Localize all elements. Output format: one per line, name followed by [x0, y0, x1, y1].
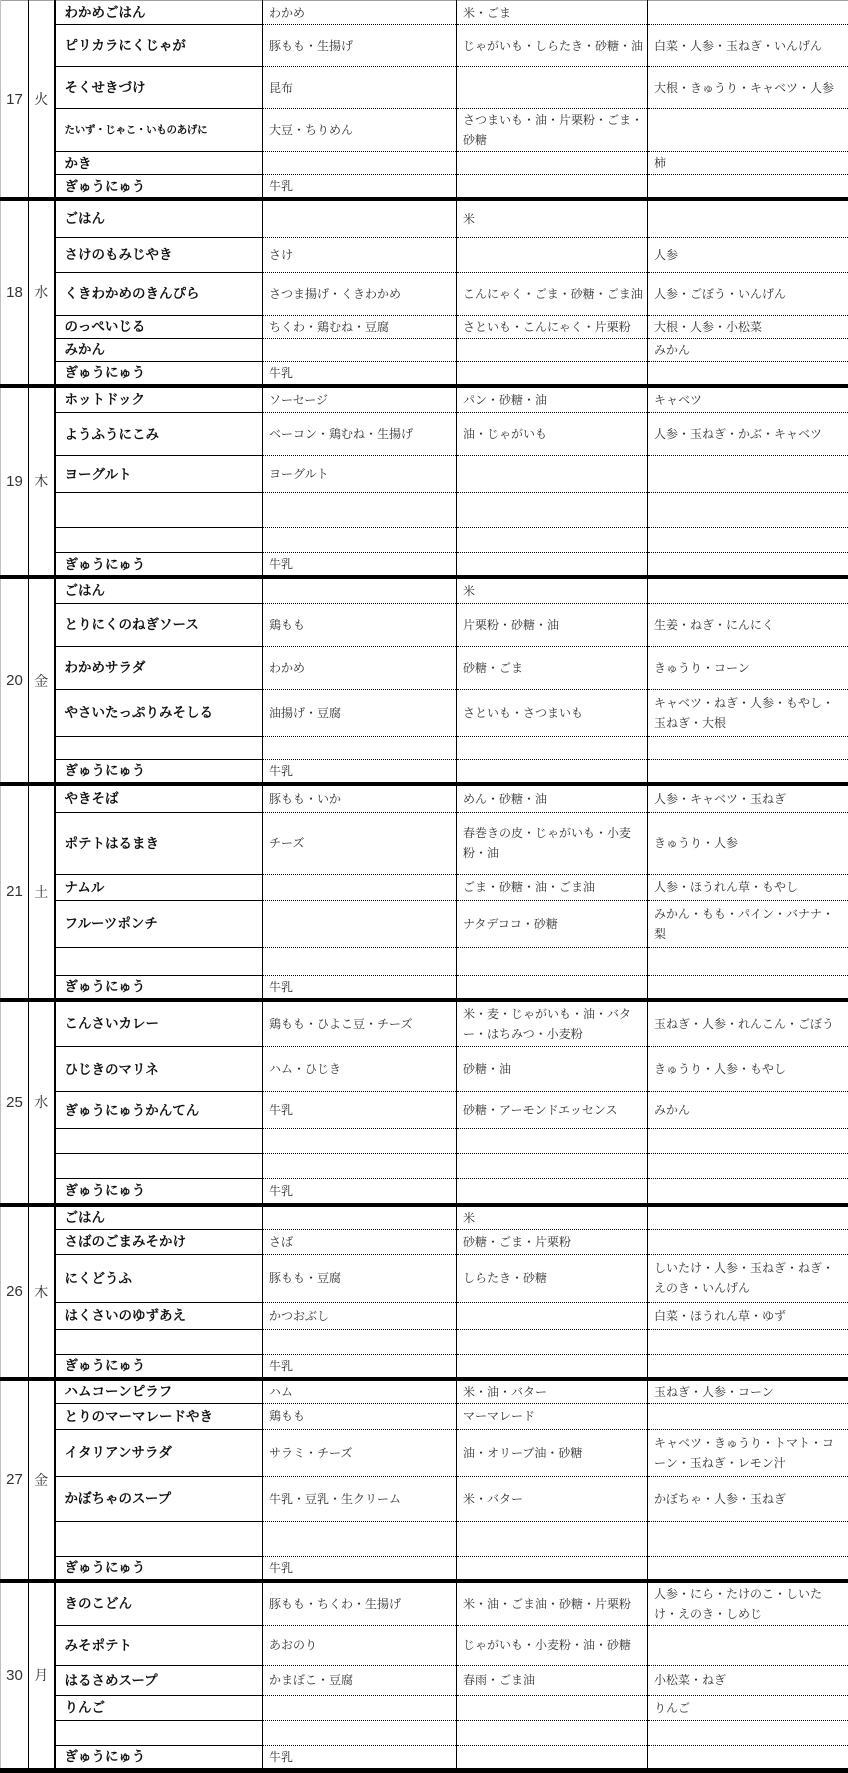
menu-row: くきわかめのきんぴらさつま揚げ・くきわかめこんにゃく・ごま・砂糖・ごま油人参・ご…	[1, 272, 848, 315]
date-cell: 26	[1, 1205, 29, 1379]
vegetable-cell	[648, 1745, 848, 1770]
menu-cell: ぎゅうにゅう	[55, 975, 263, 1000]
vegetable-cell: 小松菜・ねぎ	[648, 1665, 848, 1695]
menu-cell	[55, 1129, 263, 1154]
carb-cell: こんにゃく・ごま・砂糖・ごま油	[457, 272, 648, 315]
date-cell: 18	[1, 199, 29, 386]
vegetable-cell	[648, 1354, 848, 1379]
menu-cell	[55, 1720, 263, 1745]
carb-cell	[457, 152, 648, 175]
protein-cell: 昆布	[263, 67, 457, 109]
menu-cell: とりにくのねぎソース	[55, 603, 263, 646]
carb-cell: 米・ごま	[457, 1, 648, 25]
protein-cell	[263, 1521, 457, 1556]
date-cell: 25	[1, 1000, 29, 1205]
vegetable-cell: 白菜・ほうれん草・ゆず	[648, 1302, 848, 1329]
vegetable-cell	[648, 175, 848, 200]
carb-cell	[457, 528, 648, 553]
protein-cell	[263, 338, 457, 361]
menu-row	[1, 1521, 848, 1556]
carb-cell	[457, 237, 648, 272]
carb-cell: ナタデココ・砂糖	[457, 900, 648, 947]
protein-cell: わかめ	[263, 646, 457, 689]
protein-cell: 豚もも・いか	[263, 784, 457, 812]
menu-cell: はるさめスープ	[55, 1665, 263, 1695]
menu-cell: さばのごまみそかけ	[55, 1229, 263, 1254]
protein-cell: 牛乳	[263, 361, 457, 386]
carb-cell	[457, 1695, 648, 1720]
menu-cell	[55, 1521, 263, 1556]
menu-cell: ぎゅうにゅう	[55, 1556, 263, 1581]
menu-cell: やさいたっぷりみそしる	[55, 689, 263, 736]
carb-cell	[457, 1154, 648, 1179]
menu-cell	[55, 736, 263, 759]
menu-row: とりのマーマレードやき鶏ももマーマレード	[1, 1403, 848, 1429]
carb-cell	[457, 1720, 648, 1745]
vegetable-cell	[648, 1556, 848, 1581]
protein-cell: ベーコン・鶏むね・生揚げ	[263, 413, 457, 456]
weekday-cell: 水	[29, 1000, 55, 1205]
menu-row: ぎゅうにゅう牛乳	[1, 1354, 848, 1379]
carb-cell: 春巻きの皮・じゃがいも・小麦粉・油	[457, 812, 648, 874]
vegetable-cell: みかん	[648, 338, 848, 361]
carb-cell	[457, 1556, 648, 1581]
menu-row	[1, 1154, 848, 1179]
carb-cell: さといも・こんにゃく・片栗粉	[457, 315, 648, 338]
menu-cell: かぼちゃのスープ	[55, 1476, 263, 1521]
carb-cell	[457, 975, 648, 1000]
protein-cell	[263, 1205, 457, 1230]
vegetable-cell	[648, 975, 848, 1000]
protein-cell: ハム	[263, 1379, 457, 1404]
menu-row	[1, 1329, 848, 1354]
weekday-cell: 土	[29, 784, 55, 1000]
menu-row: 21土やきそば豚もも・いかめん・砂糖・油人参・キャベツ・玉ねぎ	[1, 784, 848, 812]
menu-cell: わかめサラダ	[55, 646, 263, 689]
menu-row: ぎゅうにゅう牛乳	[1, 1556, 848, 1581]
vegetable-cell: かぼちゃ・人参・玉ねぎ	[648, 1476, 848, 1521]
carb-cell: しらたき・砂糖	[457, 1254, 648, 1302]
menu-cell: ピリカラにくじゃが	[55, 25, 263, 67]
date-cell: 20	[1, 577, 29, 784]
protein-cell: ヨーグルト	[263, 456, 457, 493]
vegetable-cell	[648, 1154, 848, 1179]
menu-row: 25水こんさいカレー鶏もも・ひよこ豆・チーズ米・麦・じゃがいも・油・バター・はち…	[1, 1000, 848, 1047]
carb-cell: 片栗粉・砂糖・油	[457, 603, 648, 646]
protein-cell	[263, 1695, 457, 1720]
menu-cell: くきわかめのきんぴら	[55, 272, 263, 315]
protein-cell: ちくわ・鶏むね・豆腐	[263, 315, 457, 338]
menu-row: ヨーグルトヨーグルト	[1, 456, 848, 493]
menu-row: 26木ごはん米	[1, 1205, 848, 1230]
menu-cell	[55, 947, 263, 975]
carb-cell	[457, 1354, 648, 1379]
menu-cell: ひじきのマリネ	[55, 1047, 263, 1092]
menu-row: にくどうふ豚もも・豆腐しらたき・砂糖しいたけ・人参・玉ねぎ・ねぎ・えのき・いんげ…	[1, 1254, 848, 1302]
protein-cell: あおのり	[263, 1625, 457, 1665]
menu-cell: やきそば	[55, 784, 263, 812]
protein-cell: 牛乳	[263, 1354, 457, 1379]
menu-row: ぎゅうにゅう牛乳	[1, 361, 848, 386]
menu-cell: ぎゅうにゅう	[55, 361, 263, 386]
menu-cell: たいず・じゃこ・いものあげに	[55, 109, 263, 152]
protein-cell: さば	[263, 1229, 457, 1254]
date-cell: 21	[1, 784, 29, 1000]
carb-cell	[457, 175, 648, 200]
menu-cell: ホットドック	[55, 386, 263, 413]
table-body: 17火わかめごはんわかめ米・ごまピリカラにくじゃが豚もも・生揚げじゃがいも・しら…	[1, 1, 848, 1771]
vegetable-cell	[648, 553, 848, 578]
carb-cell: めん・砂糖・油	[457, 784, 648, 812]
menu-cell: みそポテト	[55, 1625, 263, 1665]
menu-row	[1, 1129, 848, 1154]
menu-cell: わかめごはん	[55, 1, 263, 25]
menu-row: イタリアンサラダサラミ・チーズ油・オリーブ油・砂糖キャベツ・きゅうり・トマト・コ…	[1, 1429, 848, 1476]
protein-cell	[263, 577, 457, 603]
vegetable-cell: 大根・人参・小松菜	[648, 315, 848, 338]
protein-cell	[263, 528, 457, 553]
carb-cell	[457, 456, 648, 493]
menu-cell: ようふうにこみ	[55, 413, 263, 456]
menu-row: やさいたっぷりみそしる油揚げ・豆腐さといも・さつまいもキャベツ・ねぎ・人参・もや…	[1, 689, 848, 736]
vegetable-cell	[648, 577, 848, 603]
date-cell: 30	[1, 1581, 29, 1771]
vegetable-cell: 人参・ごぼう・いんげん	[648, 272, 848, 315]
protein-cell: 牛乳	[263, 175, 457, 200]
menu-cell: りんご	[55, 1695, 263, 1720]
carb-cell: マーマレード	[457, 1403, 648, 1429]
menu-cell: ぎゅうにゅう	[55, 1745, 263, 1770]
menu-cell: ぎゅうにゅう	[55, 759, 263, 784]
menu-cell: フルーツポンチ	[55, 900, 263, 947]
menu-row: ナムルごま・砂糖・油・ごま油人参・ほうれん草・もやし	[1, 874, 848, 900]
protein-cell	[263, 199, 457, 237]
protein-cell	[263, 947, 457, 975]
menu-cell: そくせきづけ	[55, 67, 263, 109]
menu-cell: ごはん	[55, 1205, 263, 1230]
carb-cell: 砂糖・ごま・片栗粉	[457, 1229, 648, 1254]
vegetable-cell: 人参・玉ねぎ・かぶ・キャベツ	[648, 413, 848, 456]
vegetable-cell	[648, 493, 848, 528]
weekday-cell: 月	[29, 1581, 55, 1771]
menu-row: のっぺいじるちくわ・鶏むね・豆腐さといも・こんにゃく・片栗粉大根・人参・小松菜	[1, 315, 848, 338]
menu-cell: はくさいのゆずあえ	[55, 1302, 263, 1329]
menu-row	[1, 947, 848, 975]
menu-row: ぎゅうにゅう牛乳	[1, 1179, 848, 1205]
vegetable-cell: みかん	[648, 1092, 848, 1129]
protein-cell: かつおぶし	[263, 1302, 457, 1329]
protein-cell: 牛乳	[263, 1179, 457, 1205]
menu-cell: ごはん	[55, 577, 263, 603]
carb-cell	[457, 493, 648, 528]
protein-cell: 牛乳	[263, 553, 457, 578]
carb-cell: 米・油・バター	[457, 1379, 648, 1404]
protein-cell: 牛乳・豆乳・生クリーム	[263, 1476, 457, 1521]
vegetable-cell	[648, 1720, 848, 1745]
menu-row: かき柿	[1, 152, 848, 175]
menu-row: はるさめスープかまぼこ・豆腐春雨・ごま油小松菜・ねぎ	[1, 1665, 848, 1695]
vegetable-cell: きゅうり・人参・もやし	[648, 1047, 848, 1092]
vegetable-cell	[648, 1205, 848, 1230]
vegetable-cell: 柿	[648, 152, 848, 175]
date-cell: 17	[1, 1, 29, 200]
carb-cell: パン・砂糖・油	[457, 386, 648, 413]
menu-cell: ぎゅうにゅう	[55, 1179, 263, 1205]
menu-cell	[55, 528, 263, 553]
menu-row: ようふうにこみベーコン・鶏むね・生揚げ油・じゃがいも人参・玉ねぎ・かぶ・キャベツ	[1, 413, 848, 456]
menu-cell: ハムコーンピラフ	[55, 1379, 263, 1404]
protein-cell: 豚もも・ちくわ・生揚げ	[263, 1581, 457, 1626]
protein-cell	[263, 1329, 457, 1354]
vegetable-cell: 大根・きゅうり・キャベツ・人参	[648, 67, 848, 109]
vegetable-cell	[648, 1329, 848, 1354]
carb-cell: 米	[457, 1205, 648, 1230]
menu-row: さけのもみじやきさけ人参	[1, 237, 848, 272]
vegetable-cell	[648, 1521, 848, 1556]
vegetable-cell: きゅうり・コーン	[648, 646, 848, 689]
menu-cell: こんさいカレー	[55, 1000, 263, 1047]
menu-row: 18水ごはん米	[1, 199, 848, 237]
vegetable-cell	[648, 199, 848, 237]
menu-row: ぎゅうにゅう牛乳	[1, 553, 848, 578]
menu-row: かぼちゃのスープ牛乳・豆乳・生クリーム米・バターかぼちゃ・人参・玉ねぎ	[1, 1476, 848, 1521]
menu-cell: ぎゅうにゅうかんてん	[55, 1092, 263, 1129]
menu-cell: ポテトはるまき	[55, 812, 263, 874]
menu-row: ぎゅうにゅう牛乳	[1, 759, 848, 784]
protein-cell: 鶏もも	[263, 603, 457, 646]
menu-row: みそポテトあおのりじゃがいも・小麦粉・油・砂糖	[1, 1625, 848, 1665]
vegetable-cell	[648, 109, 848, 152]
vegetable-cell: 人参・ほうれん草・もやし	[648, 874, 848, 900]
menu-row: はくさいのゆずあえかつおぶし白菜・ほうれん草・ゆず	[1, 1302, 848, 1329]
menu-row: わかめサラダわかめ砂糖・ごまきゅうり・コーン	[1, 646, 848, 689]
menu-cell: にくどうふ	[55, 1254, 263, 1302]
menu-cell: とりのマーマレードやき	[55, 1403, 263, 1429]
carb-cell	[457, 736, 648, 759]
menu-cell: ぎゅうにゅう	[55, 175, 263, 200]
date-cell: 27	[1, 1379, 29, 1581]
protein-cell: ハム・ひじき	[263, 1047, 457, 1092]
carb-cell: 砂糖・ごま	[457, 646, 648, 689]
vegetable-cell	[648, 736, 848, 759]
menu-row	[1, 528, 848, 553]
protein-cell	[263, 1129, 457, 1154]
vegetable-cell: みかん・もも・パイン・バナナ・梨	[648, 900, 848, 947]
menu-row: ピリカラにくじゃが豚もも・生揚げじゃがいも・しらたき・砂糖・油白菜・人参・玉ねぎ…	[1, 25, 848, 67]
menu-cell	[55, 1329, 263, 1354]
menu-cell: ぎゅうにゅう	[55, 1354, 263, 1379]
protein-cell: 鶏もも	[263, 1403, 457, 1429]
menu-cell: のっぺいじる	[55, 315, 263, 338]
date-cell: 19	[1, 386, 29, 578]
carb-cell	[457, 67, 648, 109]
vegetable-cell: 生姜・ねぎ・にんにく	[648, 603, 848, 646]
vegetable-cell: りんご	[648, 1695, 848, 1720]
carb-cell	[457, 361, 648, 386]
protein-cell: 豚もも・生揚げ	[263, 25, 457, 67]
carb-cell: 春雨・ごま油	[457, 1665, 648, 1695]
carb-cell: 米	[457, 199, 648, 237]
vegetable-cell	[648, 528, 848, 553]
menu-cell	[55, 493, 263, 528]
protein-cell: 牛乳	[263, 1745, 457, 1770]
carb-cell: じゃがいも・しらたき・砂糖・油	[457, 25, 648, 67]
protein-cell: チーズ	[263, 812, 457, 874]
vegetable-cell	[648, 1129, 848, 1154]
protein-cell: 大豆・ちりめん	[263, 109, 457, 152]
protein-cell: わかめ	[263, 1, 457, 25]
protein-cell: 牛乳	[263, 759, 457, 784]
lunch-menu-table: 17火わかめごはんわかめ米・ごまピリカラにくじゃが豚もも・生揚げじゃがいも・しら…	[0, 0, 848, 1773]
protein-cell	[263, 736, 457, 759]
vegetable-cell: キャベツ・きゅうり・トマト・コーン・玉ねぎ・レモン汁	[648, 1429, 848, 1476]
protein-cell: かまぼこ・豆腐	[263, 1665, 457, 1695]
menu-cell: ヨーグルト	[55, 456, 263, 493]
protein-cell: 豚もも・豆腐	[263, 1254, 457, 1302]
vegetable-cell: しいたけ・人参・玉ねぎ・ねぎ・えのき・いんげん	[648, 1254, 848, 1302]
weekday-cell: 火	[29, 1, 55, 200]
vegetable-cell: 人参・にら・たけのこ・しいたけ・えのき・しめじ	[648, 1581, 848, 1626]
weekday-cell: 木	[29, 386, 55, 578]
vegetable-cell: きゅうり・人参	[648, 812, 848, 874]
carb-cell: 米・油・ごま油・砂糖・片栗粉	[457, 1581, 648, 1626]
protein-cell: 牛乳	[263, 975, 457, 1000]
menu-row: 19木ホットドックソーセージパン・砂糖・油キャベツ	[1, 386, 848, 413]
carb-cell: じゃがいも・小麦粉・油・砂糖	[457, 1625, 648, 1665]
carb-cell	[457, 947, 648, 975]
protein-cell	[263, 900, 457, 947]
protein-cell: ソーセージ	[263, 386, 457, 413]
menu-row: そくせきづけ昆布大根・きゅうり・キャベツ・人参	[1, 67, 848, 109]
protein-cell	[263, 152, 457, 175]
carb-cell: さつまいも・油・片栗粉・ごま・砂糖	[457, 109, 648, 152]
menu-row: ぎゅうにゅう牛乳	[1, 175, 848, 200]
menu-cell: かき	[55, 152, 263, 175]
carb-cell	[457, 759, 648, 784]
menu-row	[1, 1720, 848, 1745]
vegetable-cell	[648, 1, 848, 25]
protein-cell	[263, 1154, 457, 1179]
carb-cell: 砂糖・油	[457, 1047, 648, 1092]
menu-cell	[55, 1154, 263, 1179]
carb-cell	[457, 1745, 648, 1770]
vegetable-cell	[648, 1179, 848, 1205]
menu-cell: ぎゅうにゅう	[55, 553, 263, 578]
menu-row: 27金ハムコーンピラフハム米・油・バター玉ねぎ・人参・コーン	[1, 1379, 848, 1404]
menu-row: 30月きのこどん豚もも・ちくわ・生揚げ米・油・ごま油・砂糖・片栗粉人参・にら・た…	[1, 1581, 848, 1626]
weekday-cell: 木	[29, 1205, 55, 1379]
vegetable-cell	[648, 1229, 848, 1254]
vegetable-cell	[648, 947, 848, 975]
menu-row: 17火わかめごはんわかめ米・ごま	[1, 1, 848, 25]
vegetable-cell	[648, 1625, 848, 1665]
protein-cell	[263, 874, 457, 900]
menu-cell: みかん	[55, 338, 263, 361]
protein-cell: さけ	[263, 237, 457, 272]
menu-row: 20金ごはん米	[1, 577, 848, 603]
protein-cell: さつま揚げ・くきわかめ	[263, 272, 457, 315]
menu-row: ぎゅうにゅう牛乳	[1, 975, 848, 1000]
protein-cell	[263, 493, 457, 528]
carb-cell	[457, 1302, 648, 1329]
menu-row: みかんみかん	[1, 338, 848, 361]
weekday-cell: 水	[29, 199, 55, 386]
menu-row: りんごりんご	[1, 1695, 848, 1720]
carb-cell: さといも・さつまいも	[457, 689, 648, 736]
vegetable-cell: キャベツ	[648, 386, 848, 413]
vegetable-cell: 白菜・人参・玉ねぎ・いんげん	[648, 25, 848, 67]
vegetable-cell: 玉ねぎ・人参・れんこん・ごぼう	[648, 1000, 848, 1047]
carb-cell	[457, 1329, 648, 1354]
carb-cell	[457, 553, 648, 578]
menu-row: ぎゅうにゅうかんてん牛乳砂糖・アーモンドエッセンスみかん	[1, 1092, 848, 1129]
weekday-cell: 金	[29, 577, 55, 784]
vegetable-cell	[648, 456, 848, 493]
menu-cell: さけのもみじやき	[55, 237, 263, 272]
weekday-cell: 金	[29, 1379, 55, 1581]
vegetable-cell: キャベツ・ねぎ・人参・もやし・玉ねぎ・大根	[648, 689, 848, 736]
menu-cell: ナムル	[55, 874, 263, 900]
vegetable-cell	[648, 361, 848, 386]
protein-cell: 牛乳	[263, 1556, 457, 1581]
carb-cell: 米・バター	[457, 1476, 648, 1521]
menu-row: たいず・じゃこ・いものあげに大豆・ちりめんさつまいも・油・片栗粉・ごま・砂糖	[1, 109, 848, 152]
menu-cell: イタリアンサラダ	[55, 1429, 263, 1476]
lunch-menu-sheet: 17火わかめごはんわかめ米・ごまピリカラにくじゃが豚もも・生揚げじゃがいも・しら…	[0, 0, 848, 1773]
menu-cell: ごはん	[55, 199, 263, 237]
vegetable-cell: 玉ねぎ・人参・コーン	[648, 1379, 848, 1404]
menu-row: とりにくのねぎソース鶏もも片栗粉・砂糖・油生姜・ねぎ・にんにく	[1, 603, 848, 646]
carb-cell: 油・じゃがいも	[457, 413, 648, 456]
vegetable-cell	[648, 1403, 848, 1429]
protein-cell	[263, 1720, 457, 1745]
carb-cell: 油・オリーブ油・砂糖	[457, 1429, 648, 1476]
carb-cell: ごま・砂糖・油・ごま油	[457, 874, 648, 900]
carb-cell: 砂糖・アーモンドエッセンス	[457, 1092, 648, 1129]
carb-cell	[457, 1521, 648, 1556]
menu-row: さばのごまみそかけさば砂糖・ごま・片栗粉	[1, 1229, 848, 1254]
vegetable-cell: 人参・キャベツ・玉ねぎ	[648, 784, 848, 812]
menu-row: ぎゅうにゅう牛乳	[1, 1745, 848, 1770]
carb-cell	[457, 338, 648, 361]
protein-cell: サラミ・チーズ	[263, 1429, 457, 1476]
carb-cell	[457, 1129, 648, 1154]
menu-row	[1, 493, 848, 528]
vegetable-cell: 人参	[648, 237, 848, 272]
protein-cell: 鶏もも・ひよこ豆・チーズ	[263, 1000, 457, 1047]
menu-cell: きのこどん	[55, 1581, 263, 1626]
menu-row: ひじきのマリネハム・ひじき砂糖・油きゅうり・人参・もやし	[1, 1047, 848, 1092]
menu-row	[1, 736, 848, 759]
vegetable-cell	[648, 759, 848, 784]
protein-cell: 牛乳	[263, 1092, 457, 1129]
menu-row: フルーツポンチナタデココ・砂糖みかん・もも・パイン・バナナ・梨	[1, 900, 848, 947]
menu-row: ポテトはるまきチーズ春巻きの皮・じゃがいも・小麦粉・油きゅうり・人参	[1, 812, 848, 874]
carb-cell	[457, 1179, 648, 1205]
carb-cell: 米	[457, 577, 648, 603]
carb-cell: 米・麦・じゃがいも・油・バター・はちみつ・小麦粉	[457, 1000, 648, 1047]
protein-cell: 油揚げ・豆腐	[263, 689, 457, 736]
